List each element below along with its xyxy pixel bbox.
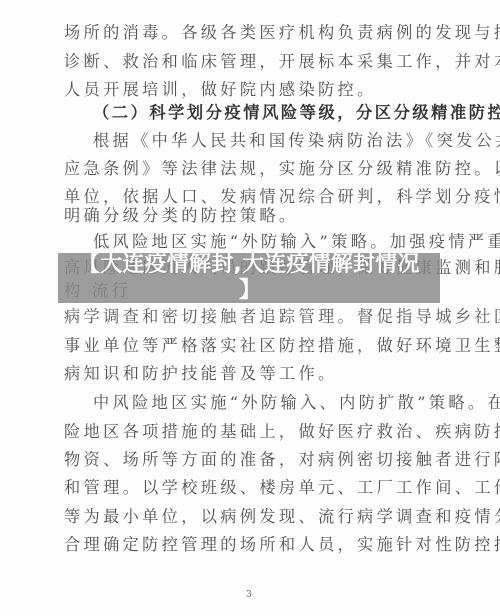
body-text-line: 事业单位等严格落实社区防控措施，做好环境卫生整治，公众防 <box>64 336 438 356</box>
body-text-line: 病学调查和密切接触者追踪管理。督促指导城乡社区、机关、企 <box>64 307 438 327</box>
body-text-line: 中风险地区实施“外防输入、内防扩散”策略。在采取低风 <box>93 393 438 413</box>
body-text-line: 合理确定防控管理的场所和人员，实施针对性防控措施。无确诊 <box>64 535 438 555</box>
body-text-line: 低风险地区实施“外防输入”策略。加强疫情严重地区以及 <box>93 232 438 252</box>
body-text-line: 诊断、救治和临床管理，开展标本采集工作，并对本机构的医务 <box>64 52 438 72</box>
body-text-line: 应急条例》等法律法规，实施分区分级精准防控。以县（区）为 <box>64 159 438 179</box>
body-text-line: 单位，依据人口、发病情况综合研判，科学划分疫情风险等级， <box>64 187 438 207</box>
body-text-line: 明确分级分类的防控策略。 <box>64 206 438 226</box>
body-text-line: 人员开展培训，做好院内感染防控。 <box>64 80 438 100</box>
overlay-title: 【大连疫情解封,大连疫情解封情况 <box>78 252 450 278</box>
section-heading: （二）科学划分疫情风险等级，分区分级精准防控。 <box>93 103 467 123</box>
page-number: 3 <box>246 590 252 600</box>
body-text-line: 病知识和防护技能普及等工作。 <box>64 364 438 384</box>
document-page: 场所的消毒。各级各类医疗机构负责病例的发现与报告、隔离、 诊断、救治和临床管理，… <box>0 0 500 616</box>
body-text-line: 物资、场所等方面的准备，对病例密切接触者进行隔离医学观察 <box>64 450 438 470</box>
body-text-line: 根据《中华人民共和国传染病防治法》《突发公共卫生事件 <box>93 131 438 151</box>
body-text-line: 场所的消毒。各级各类医疗机构负责病例的发现与报告、隔离、 <box>64 23 438 43</box>
body-text-line: 险地区各项措施的基础上，做好医疗救治、疾病防控相关人员、 <box>64 422 438 442</box>
overlay-title-bracket: 】 <box>239 278 261 304</box>
body-text-line: 等为最小单位，以病例发现、流行病学调查和疫情分析为线索， <box>64 507 438 527</box>
body-text-line: 和管理。以学校班级、楼房单元、工厂工作间、工作场所办公室 <box>64 478 438 498</box>
